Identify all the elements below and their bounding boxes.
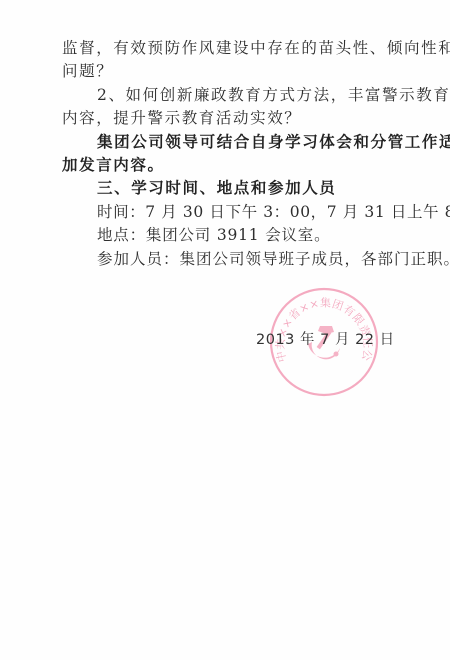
- svg-text:中共××省××集团有限责任公司委员会: 中共××省××集团有限责任公司委员会: [268, 286, 375, 364]
- text-line-5-bold: 集团公司领导可结合自身学习体会和分管工作适当增: [97, 132, 429, 152]
- section-heading: 三、学习时间、地点和参加人员: [97, 178, 429, 198]
- text-line-1: 监督，有效预防作风建设中存在的苗头性、倾向性和潜在性: [62, 38, 394, 58]
- attendees-line: 参加人员：集团公司领导班子成员，各部门正职。: [97, 249, 429, 269]
- text-line-6-bold: 加发言内容。: [62, 155, 394, 175]
- text-line-2: 问题？: [62, 61, 394, 81]
- location-line: 地点：集团公司 3911 会议室。: [97, 225, 429, 245]
- time-line: 时间：7 月 30 日下午 3：00，7 月 31 日上午 8：30。: [97, 202, 429, 222]
- document-page: 监督，有效预防作风建设中存在的苗头性、倾向性和潜在性 问题？ 2、如何创新廉政教…: [0, 0, 450, 660]
- document-date: 2013 年 7 月 22 日: [256, 330, 395, 350]
- text-line-3: 2、如何创新廉政教育方式方法，丰富警示教育活动的: [97, 85, 429, 105]
- text-line-4: 内容，提升警示教育活动实效？: [62, 108, 394, 128]
